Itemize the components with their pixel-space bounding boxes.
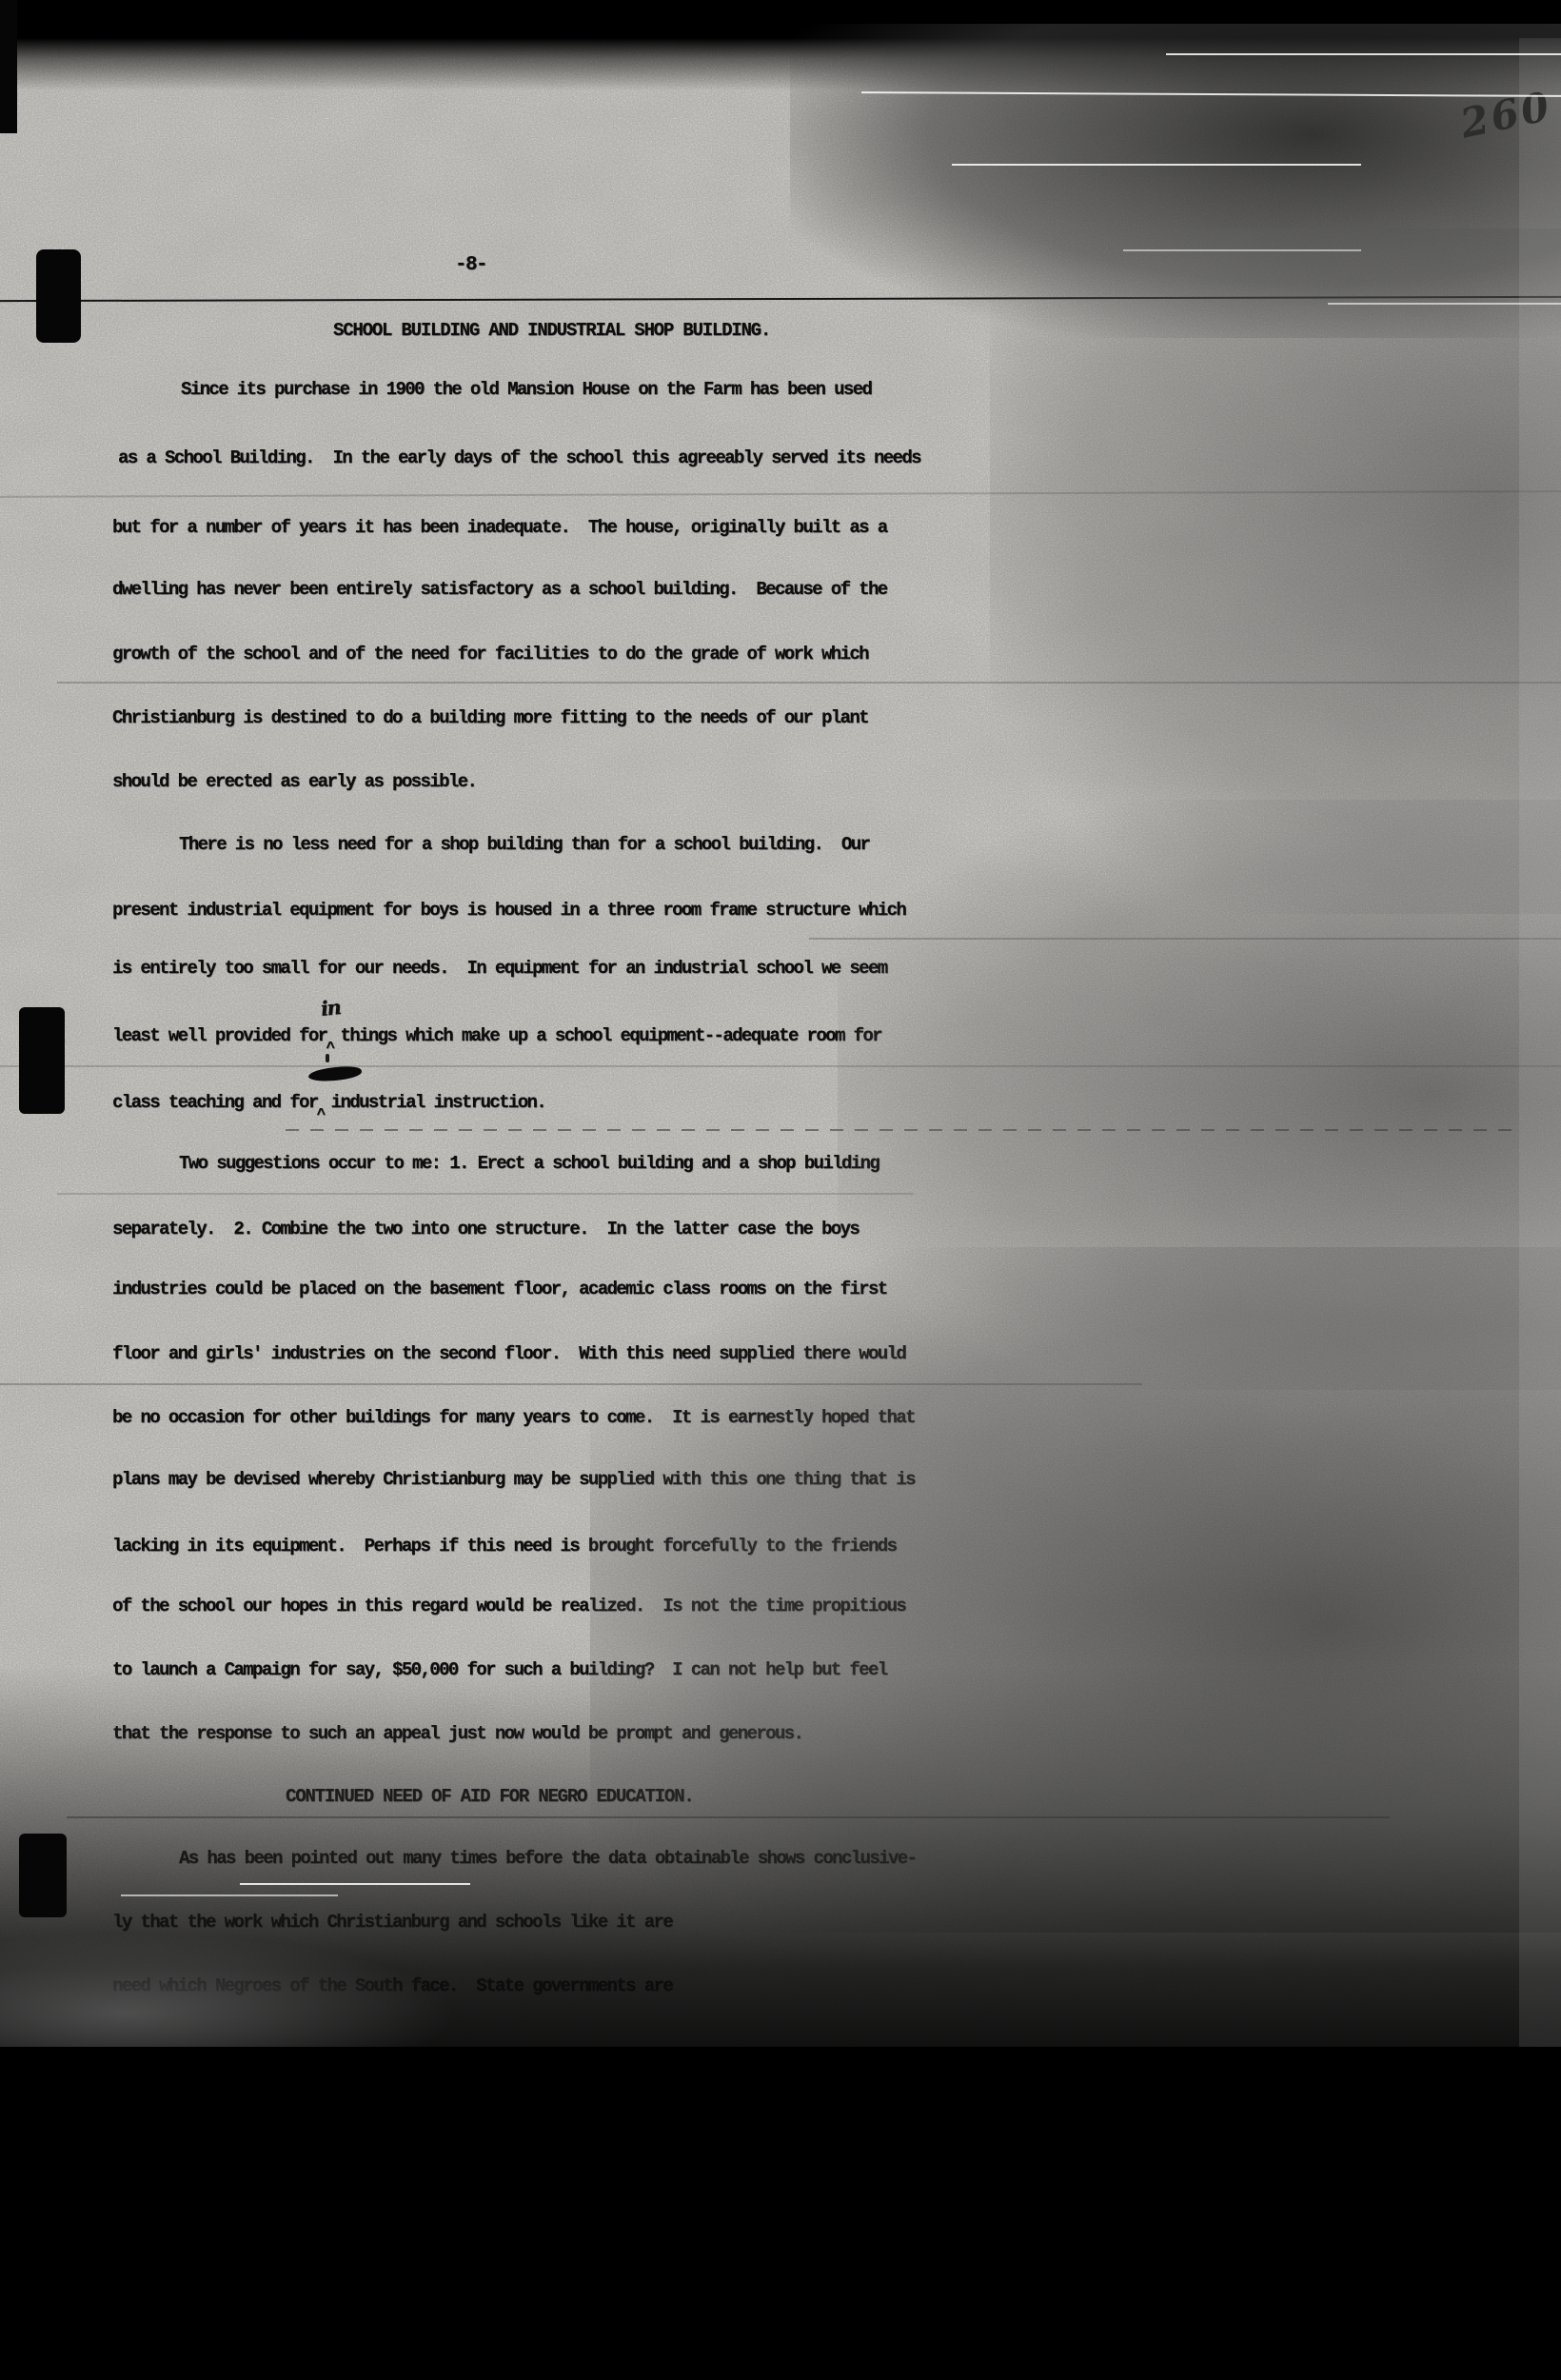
typewritten-line: to launch a Campaign for say, $50,000 fo… [112,1657,887,1682]
typewritten-line: dwelling has never been entirely satisfa… [112,577,887,602]
handwritten-inserted-word: in [320,995,342,1021]
typewritten-line: but for a number of years it has been in… [112,515,887,540]
typewritten-line: growth of the school and of the need for… [112,642,868,666]
ink-blot [19,1007,65,1114]
paper [0,34,1561,2062]
scanned-document-page: { "colors": { "paper": "#f4f2ec", "ink":… [0,0,1561,2380]
typewritten-line: of the school our hopes in this regard w… [112,1594,905,1618]
typewritten-line: floor and girls' industries on the secon… [112,1341,905,1366]
typewritten-line: Two suggestions occur to me: 1. Erect a … [179,1151,879,1176]
typewritten-line: Christianburg is destined to do a buildi… [112,705,868,730]
page-number: -8- [455,253,486,278]
line-post: industrial instruction. [331,1092,545,1113]
typewritten-line: present industrial equipment for boys is… [112,898,905,922]
caret-mark: ^ [317,1102,325,1127]
typewritten-line-with-strikeout: class teaching and for^industrial instru… [112,1088,545,1115]
typewritten-line: As has been pointed out many times befor… [179,1846,916,1871]
corner-black [0,0,17,133]
typewritten-line: is entirely too small for our needs. In … [112,956,887,981]
ink-blot [19,1834,67,1917]
typewritten-line: as a School Building. In the early days … [118,446,920,470]
typewritten-line-with-insertion: least well provided forin^things which m… [112,1021,881,1048]
section-heading-school-building: SCHOOL BUILDING AND INDUSTRIAL SHOP BUIL… [333,318,770,343]
typewritten-line: separately. 2. Combine the two into one … [112,1217,859,1241]
caret-insertion: in^ [326,1021,340,1041]
line-pre: class teaching and for [112,1092,318,1113]
shade-overlay-bottom-black [0,2047,1561,2380]
typewritten-line: be no occasion for other buildings for m… [112,1405,915,1430]
typewritten-line: lacking in its equipment. Perhaps if thi… [112,1534,896,1558]
typewritten-line: need which Negroes of the South face. St… [112,1973,672,1998]
typewritten-line: There is no less need for a shop buildin… [179,832,869,857]
caret-insertion: ^ [318,1088,331,1107]
stray-ink-mark [326,1054,329,1062]
line-post: things which make up a school equipment-… [340,1025,881,1046]
line-pre: least well provided for [112,1025,326,1046]
typewritten-line: should be erected as early as possible. [112,769,476,794]
ink-blot [36,249,81,343]
typewritten-line: Since its purchase in 1900 the old Mansi… [181,377,871,402]
typewritten-line: industries could be placed on the baseme… [112,1277,887,1301]
typewritten-line: plans may be devised whereby Christianbu… [112,1467,915,1492]
typewritten-line: ly that the work which Christianburg and… [112,1910,672,1934]
typewritten-line: that the response to such an appeal just… [112,1721,802,1746]
section-heading-continued-need: CONTINUED NEED OF AID FOR NEGRO EDUCATIO… [286,1784,693,1809]
